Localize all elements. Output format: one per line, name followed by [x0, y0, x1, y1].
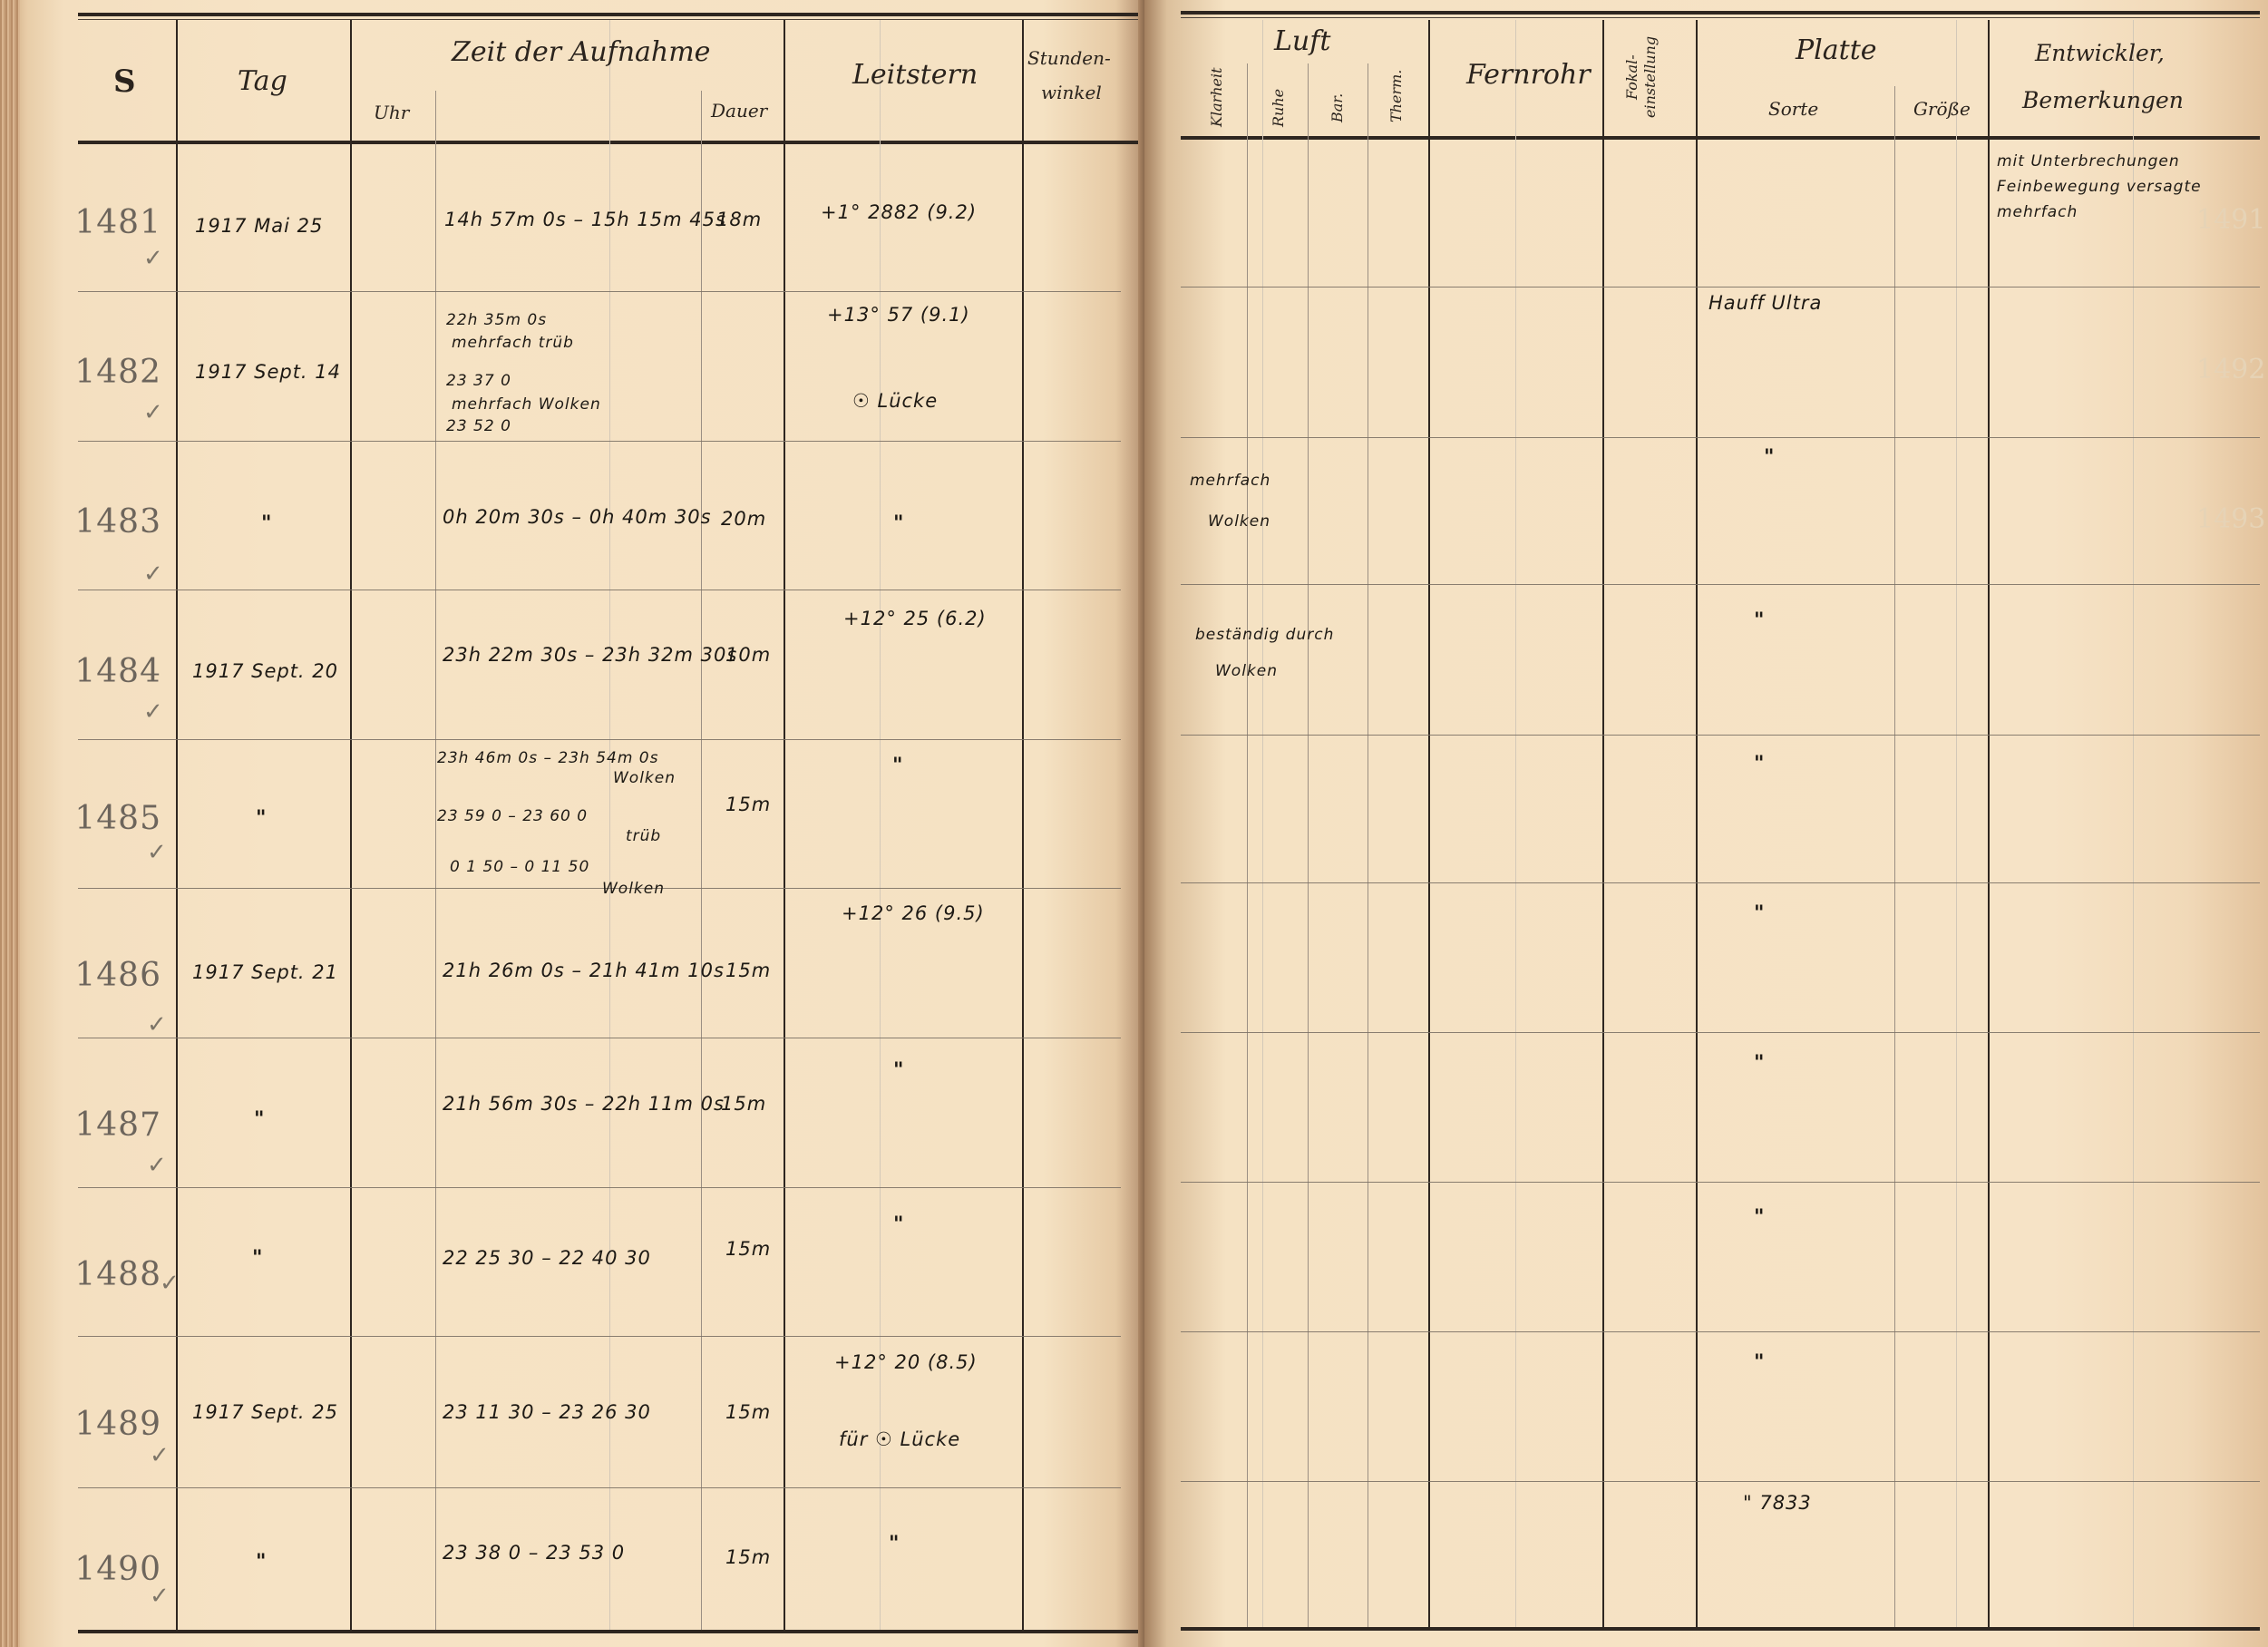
col-faint-1	[609, 20, 610, 1630]
row-rule	[1181, 1481, 2260, 1482]
header-fokal-1: Fokal-	[1623, 54, 1640, 100]
row-rule	[78, 1038, 1121, 1038]
guide-star: +1° 2882 (9.2)	[821, 201, 977, 223]
duration: 15m	[725, 960, 771, 981]
col-divider-uhr	[435, 91, 436, 1630]
bottom-rule	[78, 1630, 1139, 1633]
time-note: mehrfach Wolken	[452, 395, 601, 414]
guide-star: +12° 20 (8.5)	[834, 1351, 978, 1373]
time-range: 21h 56m 30s – 22h 11m 0s	[443, 1093, 725, 1115]
remark: mit Unterbrechungen	[1997, 152, 2180, 171]
header-entwickler: Entwickler,	[2035, 40, 2165, 66]
header-bar: Bar.	[1329, 93, 1346, 122]
serial-number: 1488	[71, 1256, 161, 1293]
col-divider-sorte	[1894, 86, 1895, 1627]
serial-number: 1484	[71, 653, 161, 690]
duration: 15m	[725, 1401, 771, 1423]
ditto-mark: "	[252, 1247, 263, 1270]
bleed-through: 1491	[2196, 204, 2265, 236]
time-range: 0h 20m 30s – 0h 40m 30s	[443, 506, 712, 528]
ditto-mark: "	[254, 1108, 265, 1131]
row-rule	[78, 739, 1121, 740]
header-platte: Platte	[1796, 34, 1877, 66]
serial-number: 1487	[71, 1106, 161, 1144]
time-range: 14h 57m 0s – 15h 15m 45s	[444, 209, 726, 230]
duration: 20m	[721, 508, 766, 530]
row-rule	[78, 888, 1121, 889]
row-rule	[78, 1336, 1121, 1337]
serial-number: 1483	[71, 503, 161, 541]
col-divider-fokal	[1696, 20, 1698, 1627]
ditto-mark: "	[1754, 753, 1765, 775]
left-page: S Tag Zeit der Aufnahme Uhr Dauer Leitst…	[0, 0, 1144, 1647]
plate-type: Hauff Ultra	[1708, 292, 1822, 314]
ditto-mark: "	[1754, 609, 1765, 632]
col-divider-klarheit	[1247, 63, 1248, 1627]
col-divider-s	[176, 20, 178, 1630]
date: 1917 Sept. 20	[192, 660, 338, 682]
time-range: 22 25 30 – 22 40 30	[443, 1247, 651, 1269]
ditto-mark: "	[256, 807, 267, 830]
check-mark: ✓	[143, 399, 163, 426]
col-faint	[1956, 20, 1957, 1627]
header-s: S	[113, 63, 136, 100]
time-range: 23h 46m 0s – 23h 54m 0s	[437, 749, 658, 767]
serial-number: 1485	[71, 800, 161, 837]
check-mark: ✓	[147, 839, 167, 866]
ditto-mark: "	[1754, 1052, 1765, 1075]
duration: 15m	[721, 1093, 766, 1115]
check-mark: ✓	[160, 1270, 180, 1297]
air-note: Wolken	[1215, 662, 1278, 680]
duration: 18m	[716, 209, 762, 230]
ditto-mark: "	[1754, 1351, 1765, 1374]
serial-number: 1486	[71, 957, 161, 994]
row-rule	[1181, 287, 2260, 287]
row-rule	[78, 441, 1121, 442]
check-mark: ✓	[143, 698, 163, 726]
header-rule	[78, 141, 1139, 144]
row-rule	[1181, 735, 2260, 736]
header-fokal-2: einstellung	[1641, 36, 1659, 118]
row-rule	[1181, 1032, 2260, 1033]
guide-star: +12° 25 (6.2)	[843, 608, 987, 629]
header-rule	[1181, 136, 2260, 140]
time-mid: 23 37 0	[446, 372, 511, 390]
serial-number: 1482	[71, 354, 161, 391]
header-leitstern: Leitstern	[852, 59, 978, 91]
row-rule	[1181, 437, 2260, 438]
serial-number: 1490	[71, 1551, 161, 1588]
time-note: Wolken	[613, 769, 676, 787]
row-rule	[78, 1487, 1121, 1488]
air-note: beständig durch	[1195, 626, 1334, 644]
ditto-mark: "	[893, 512, 904, 535]
duration: 15m	[725, 1546, 771, 1568]
check-mark: ✓	[150, 1442, 170, 1469]
remark: Feinbewegung versagte	[1997, 178, 2202, 196]
date: 1917 Sept. 14	[195, 361, 341, 383]
col-divider-bar	[1368, 63, 1368, 1627]
row-rule	[1181, 1331, 2260, 1332]
header-therm: Therm.	[1387, 70, 1405, 122]
header-zeit-der-aufnahme: Zeit der Aufnahme	[452, 36, 710, 68]
date: 1917 Sept. 25	[192, 1401, 338, 1423]
time-range: 21h 26m 0s – 21h 41m 10s	[443, 960, 725, 981]
col-faint	[1515, 20, 1516, 1627]
right-page: Luft Klarheit Ruhe Bar. Therm. Fernrohr …	[1144, 0, 2268, 1647]
header-groesse: Größe	[1913, 98, 1971, 120]
col-divider-zeit	[784, 20, 785, 1630]
header-luft: Luft	[1274, 25, 1330, 57]
serial-number: 1489	[71, 1406, 161, 1443]
time-note: trüb	[626, 827, 661, 845]
check-mark: ✓	[147, 1152, 167, 1179]
header-uhr: Uhr	[374, 102, 409, 123]
col-faint	[1262, 20, 1263, 1627]
air-note: mehrfach	[1190, 472, 1270, 490]
ditto-mark: "	[893, 1059, 904, 1082]
col-divider-ruhe	[1308, 63, 1309, 1627]
guide-star-note: für ☉ Lücke	[839, 1428, 960, 1450]
time-note: mehrfach trüb	[452, 334, 574, 352]
ditto-mark: "	[1764, 446, 1775, 469]
top-rule-thin	[1181, 17, 2260, 18]
col-divider-fernrohr	[1602, 20, 1604, 1627]
guide-star: +13° 57 (9.1)	[827, 304, 970, 326]
col-divider-leitstern	[1022, 20, 1024, 1630]
check-mark: ✓	[143, 245, 163, 272]
header-stundenwinkel-2: winkel	[1041, 82, 1102, 103]
top-rule	[78, 13, 1139, 16]
bleed-through: 1493	[2196, 503, 2265, 535]
ditto-mark: "	[256, 1551, 267, 1574]
ditto-mark: "	[889, 1533, 900, 1555]
time-range: 0 1 50 – 0 11 50	[450, 858, 589, 876]
ditto-mark: "	[1754, 902, 1765, 925]
col-faint-2	[880, 20, 881, 1630]
bottom-rule	[1181, 1627, 2260, 1631]
ditto-mark: "	[893, 1213, 904, 1236]
time-end: 23 52 0	[446, 417, 511, 435]
header-sorte: Sorte	[1768, 98, 1818, 120]
header-ruhe: Ruhe	[1270, 89, 1287, 127]
row-rule	[78, 1187, 1121, 1188]
col-divider-tag	[350, 20, 352, 1630]
check-mark: ✓	[143, 560, 163, 588]
air-note: Wolken	[1208, 512, 1270, 531]
col-divider-platte	[1988, 20, 1990, 1627]
page-edges	[0, 0, 20, 1647]
header-dauer: Dauer	[711, 100, 767, 122]
col-divider-dauer	[701, 91, 702, 1630]
col-faint	[2133, 20, 2134, 1627]
ditto-mark: "	[892, 755, 903, 777]
date: 1917 Mai 25	[195, 215, 323, 237]
time-range: 23h 22m 30s – 23h 32m 30s	[443, 644, 737, 666]
top-rule-thin	[78, 19, 1139, 20]
time-note: Wolken	[602, 880, 665, 898]
header-fernrohr: Fernrohr	[1466, 59, 1591, 91]
row-rule	[1181, 1182, 2260, 1183]
duration: 15m	[725, 1238, 771, 1260]
ditto-mark: "	[1754, 1206, 1765, 1229]
top-rule	[1181, 11, 2260, 15]
row-rule	[1181, 882, 2260, 883]
bleed-through: 1492	[2196, 354, 2265, 385]
row-rule	[78, 291, 1121, 292]
time-range: 23 11 30 – 23 26 30	[443, 1401, 651, 1423]
check-mark: ✓	[147, 1011, 167, 1038]
time-range: 23 38 0 – 23 53 0	[443, 1542, 625, 1564]
row-rule	[1181, 584, 2260, 585]
serial-number: 1481	[71, 204, 161, 241]
header-bemerkungen: Bemerkungen	[2022, 87, 2184, 113]
ditto-mark: "	[261, 512, 272, 535]
check-mark: ✓	[150, 1583, 170, 1610]
remark: mehrfach	[1997, 203, 2078, 221]
col-divider-luft	[1428, 20, 1430, 1627]
header-tag: Tag	[238, 65, 287, 97]
time-start: 22h 35m 0s	[446, 311, 547, 329]
header-stundenwinkel-1: Stunden-	[1027, 47, 1111, 69]
duration: 10m	[725, 644, 771, 666]
guide-star-note: ☉ Lücke	[852, 390, 938, 412]
row-rule	[78, 590, 1121, 590]
plate-type: " 7833	[1743, 1492, 1812, 1514]
header-klarheit: Klarheit	[1208, 67, 1225, 127]
time-range: 23 59 0 – 23 60 0	[437, 807, 588, 825]
guide-star: +12° 26 (9.5)	[842, 902, 985, 924]
duration: 15m	[725, 794, 771, 815]
date: 1917 Sept. 21	[192, 961, 338, 983]
